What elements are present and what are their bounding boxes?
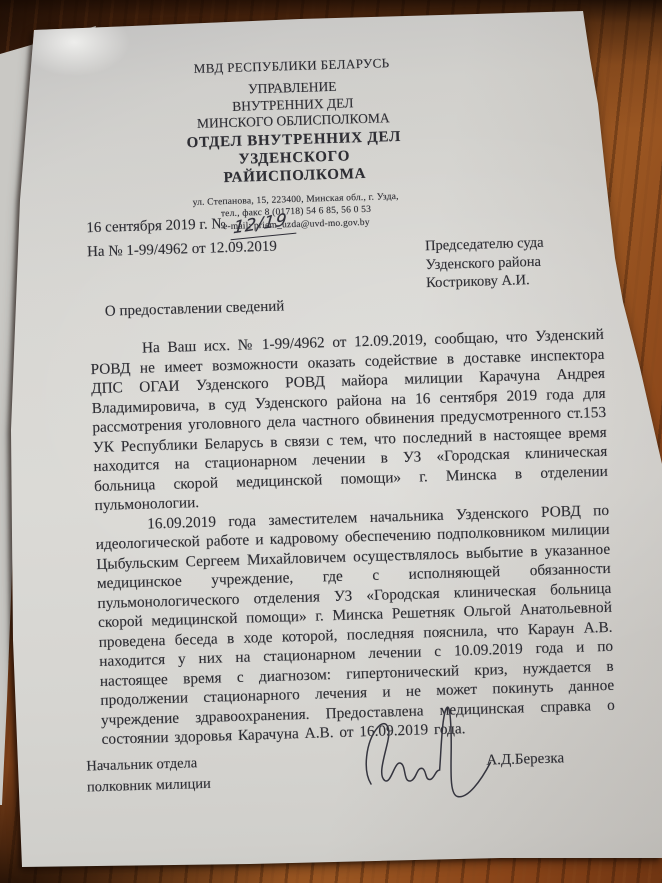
recipient-line: Кострикову А.И. — [426, 271, 545, 293]
document-sheet-shadow: МВД РЕСПУБЛИКИ БЕЛАРУСЬ УПРАВЛЕНИЕ ВНУТР… — [0, 0, 662, 883]
letterhead: МВД РЕСПУБЛИКИ БЕЛАРУСЬ УПРАВЛЕНИЕ ВНУТР… — [82, 52, 507, 237]
subject-line: О предоставлении сведений — [105, 298, 285, 320]
recipient-block: Председателю суда Узденского района Кост… — [425, 234, 545, 293]
letter-content: МВД РЕСПУБЛИКИ БЕЛАРУСЬ УПРАВЛЕНИЕ ВНУТР… — [50, 5, 623, 861]
photo-of-official-letter: МВД РЕСПУБЛИКИ БЕЛАРУСЬ УПРАВЛЕНИЕ ВНУТР… — [0, 0, 662, 883]
body-paragraph: 16.09.2019 года заместителем начальника … — [95, 500, 616, 749]
handwritten-number: 12/19 — [233, 210, 289, 240]
handwritten-number-underline: 12/19 — [229, 211, 297, 240]
signature-block: Начальник отдела полковник милиции — [86, 753, 211, 799]
signature-scribble — [357, 700, 496, 814]
position-title-line: полковник милиции — [87, 774, 211, 799]
outgoing-reference: 16 сентября 2019 г. №12/19 На № 1-99/496… — [86, 212, 297, 263]
letter-body: На Ваш исх. № 1-99/4962 от 12.09.2019, с… — [90, 325, 616, 750]
document-sheet: МВД РЕСПУБЛИКИ БЕЛАРУСЬ УПРАВЛЕНИЕ ВНУТР… — [0, 0, 662, 883]
signatory-name: А.Д.Березка — [486, 750, 564, 769]
body-paragraph: На Ваш исх. № 1-99/4962 от 12.09.2019, с… — [90, 325, 609, 516]
